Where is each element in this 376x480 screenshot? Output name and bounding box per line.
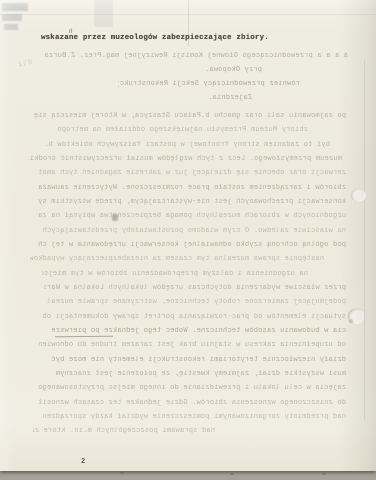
bleedthrough-line: na uzgodnienia i dalszym przeprowadzeniu… [42,270,308,280]
bleedthrough-line: zajęcia w celu lokalu i przewidzianie do… [30,384,346,394]
bleedthrough-line: również przewodniczący Sekcji Rekonstruk… [118,80,300,90]
bleedthrough-line: zbiory Muzeum Przemysłu największego odd… [56,126,308,136]
right-fold-line [364,60,365,420]
faint-stamp-mark [2,14,22,21]
typed-correction-mark: ń [69,28,73,35]
bleedthrough-line: nad sprawami poszczególnych m.in. które … [33,427,215,437]
scan-edge-speck [322,473,326,475]
bleedthrough-line: sytuacji elementów od prac-rozwiązania p… [30,313,346,323]
bleedthrough-line: muzeum przemysłowego. Lecz z tych względ… [30,155,342,165]
faint-stamp-mark [4,24,18,30]
punch-hole-top [351,189,366,202]
bleedthrough-line: nad przedmioty zorganizowanymi pomieszcz… [30,413,346,423]
bleedthrough-line: przy Okopowa. [198,66,262,76]
punch-hole-bottom [348,309,364,324]
faint-stamp-mark [2,3,28,11]
scanned-page: 1/5 wskazane przez muzeologów zabezpiecz… [0,0,376,480]
bleedthrough-line: a a a a przewodniczącego Głównej Komisji… [45,52,348,62]
bleedthrough-line: Zajezdnia. [198,94,252,104]
bleedthrough-line: uzgodnionych w zbiorach muzealnych pomag… [30,212,346,222]
bleedthrough-line: pod ogólną ochroną szybko odnawialnej ko… [30,241,346,251]
scan-edge-speck [120,472,124,474]
bleedthrough-line: przez właściwe wydarzenia dotychczas urz… [44,284,346,294]
bleedthrough-line: następnie sprawa muzealna tym czasem za … [30,255,324,265]
bleedthrough-line: po zajmowaniu sali oraz gmachu b.Pałacu … [30,112,346,122]
bleedthrough-line: zbiorów i zarządzeniem zostało prace roz… [30,184,346,194]
page-number-mark: 2 [81,458,85,466]
bleedthrough-line: musi wszystkie dział, zajmiemy kwestię, … [30,370,346,380]
bleedthrough-line: do zniszczonego wznoszenia zbiorów. Gdzi… [30,399,346,409]
bleedthrough-line: konserwacji przechowanych jest nie-wysta… [30,198,346,208]
bleedthrough-line: zerwacji oraz obecnie się dzielącej już … [30,169,346,179]
bleedthrough-line: od uzupełnienia zakresu w stajniu brak j… [30,341,346,351]
bleedthrough-line: cia w budowaniu zasobów techniczne. Wobe… [30,327,346,337]
faint-corner-patch [95,0,112,26]
bleedthrough-line: był to zadaniem strony frontowej w posta… [46,141,330,151]
bleedthrough-line: działy niezwłocznie terytoriami rekonstr… [30,356,346,366]
scan-edge-speck [230,473,234,475]
bleedthrough-line: na właściwie zaledwo. O czym wiadomo poz… [30,227,346,237]
pencil-margin-mark: 1/5 [17,58,34,69]
paper: 1/5 wskazane przez muzeologów zabezpiecz… [0,0,376,471]
bleedthrough-line: podejmującej zamierzone roboty techniczn… [30,298,346,308]
typed-heading-line: wskazane przez muzeologów zabezpieczając… [41,34,269,42]
